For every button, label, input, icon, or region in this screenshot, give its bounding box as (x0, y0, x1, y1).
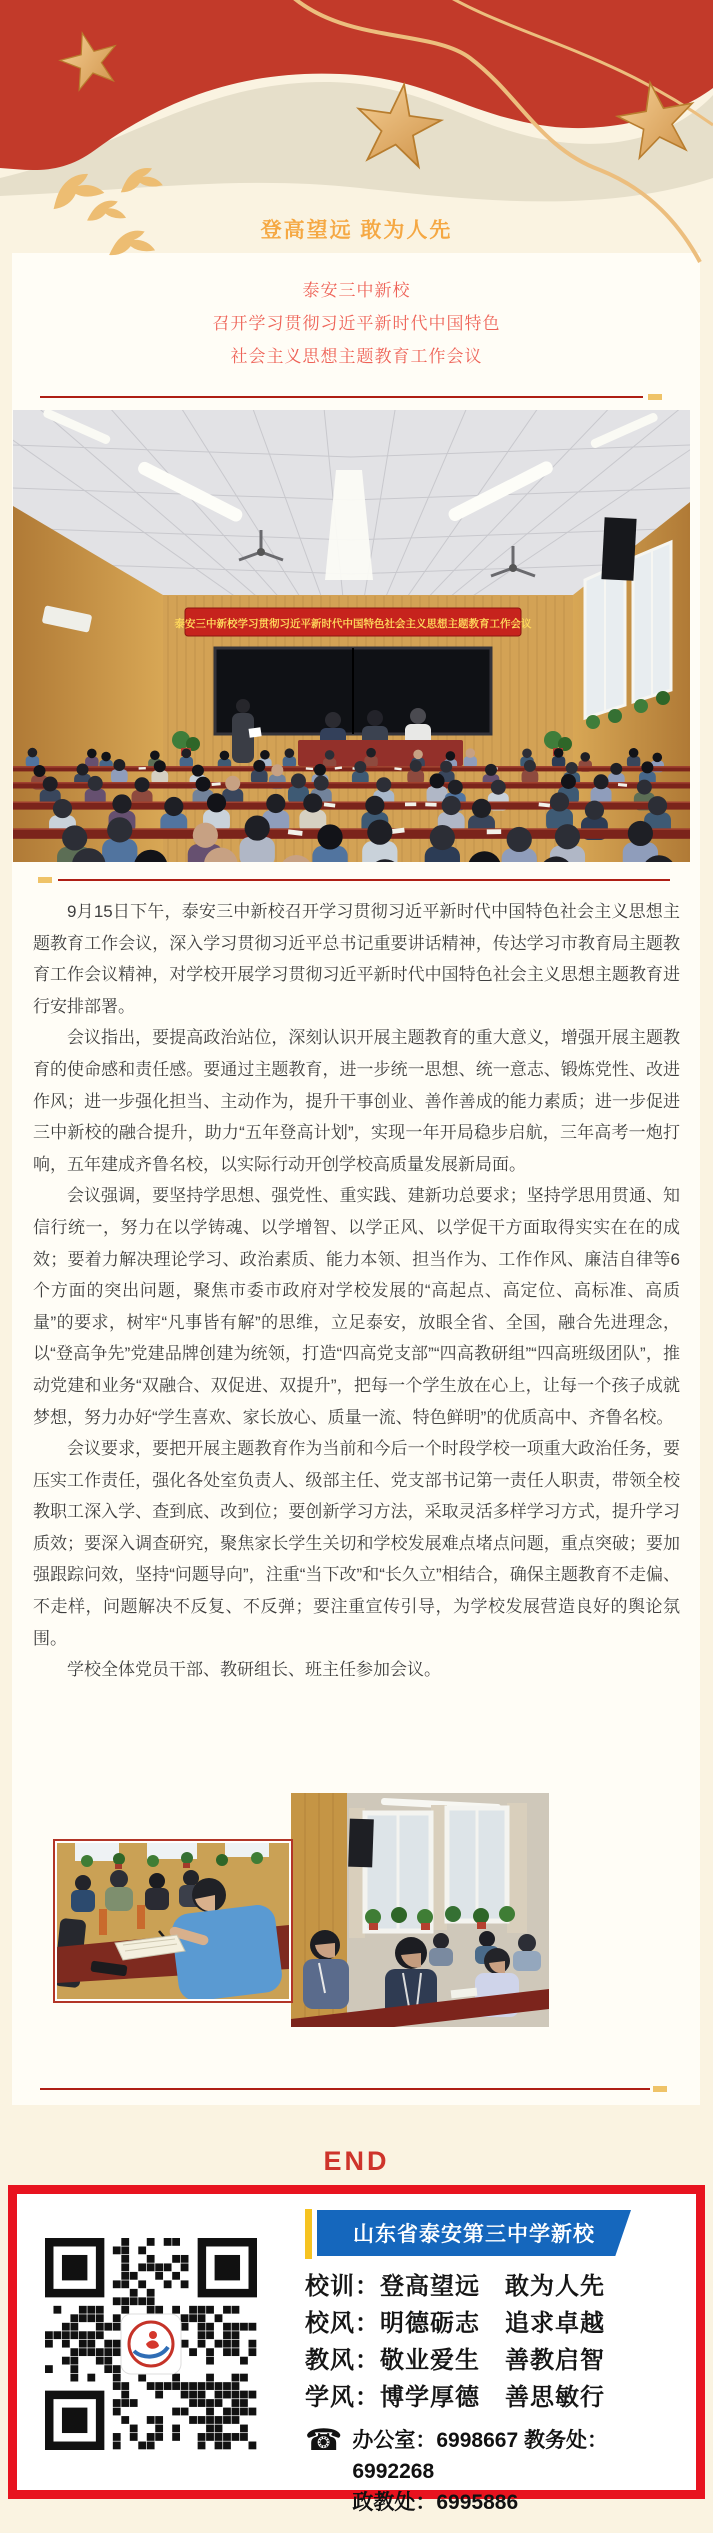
school-motto-line: 校训：登高望远 敢为人先 (305, 2268, 683, 2305)
photo-banner: 泰安三中新校学习贯彻习近平新时代中国特色社会主义思想主题教育工作会议 (175, 608, 532, 636)
speaker-box (601, 517, 636, 581)
photo-banner-text: 泰安三中新校学习贯彻习近平新时代中国特色社会主义思想主题教育工作会议 (175, 617, 532, 630)
meeting-room-illustration: 泰安三中新校学习贯彻习近平新时代中国特色社会主义思想主题教育工作会议 (13, 410, 690, 862)
section-divider (0, 394, 713, 401)
star-icon (352, 79, 446, 169)
classroom-illustration (291, 1793, 549, 2027)
speaker-box (348, 1819, 374, 1868)
section-divider (0, 877, 713, 884)
divider-line (40, 396, 643, 398)
school-motto-line: 教风：敬业爱生 善教启智 (305, 2342, 683, 2379)
article-body: 9月15日下午，泰安三中新校召开学习贯彻习近平新时代中国特色社会主义思想主题教育… (33, 896, 680, 1686)
title-line: 社会主义思想主题教育工作会议 (0, 340, 713, 373)
paragraph: 9月15日下午，泰安三中新校召开学习贯彻习近平新时代中国特色社会主义思想主题教育… (33, 896, 680, 1022)
end-marker: END (0, 2146, 713, 2177)
school-motto-line: 学风：博学厚德 善思敏行 (305, 2379, 683, 2416)
school-name: 山东省泰安第三中学新校 (317, 2210, 631, 2256)
footer-info: 山东省泰安第三中学新校 校训：登高望远 敢为人先 校风：明德砺志 追求卓越 教风… (305, 2210, 683, 2518)
banner-accent-bar (305, 2209, 312, 2259)
paragraph: 会议强调，要坚持学思想、强党性、重实践、建新功总要求；坚持学思用贯通、知信行统一… (33, 1180, 680, 1433)
divider-accent (653, 2086, 667, 2092)
article-page: 登高望远 敢为人先 泰安三中新校 召开学习贯彻习近平新时代中国特色 社会主义思想… (0, 0, 713, 2533)
paragraph: 会议指出，要提高政治站位，深刻认识开展主题教育的重大意义，增强开展主题教育的使命… (33, 1022, 680, 1180)
divider-accent (38, 877, 52, 883)
star-icon (55, 26, 124, 93)
phone-icon: ☎ (305, 2425, 342, 2457)
red-wave (0, 0, 713, 170)
header-motto: 登高望远 敢为人先 (0, 214, 713, 244)
paragraph: 会议要求，要把开展主题教育作为当前和今后一个时段学校一项重大政治任务，要压实工作… (33, 1433, 680, 1654)
divider-accent (648, 394, 662, 400)
tan-wave (0, 82, 713, 201)
writing-illustration (57, 1843, 289, 1999)
title-line: 召开学习贯彻习近平新时代中国特色 (0, 307, 713, 340)
contact-block: ☎ 办公室：6998667 教务处：6992268 政教处：6995886 (305, 2425, 683, 2518)
section-divider (0, 2086, 713, 2093)
meeting-photo-main[interactable]: 泰安三中新校学习贯彻习近平新时代中国特色社会主义思想主题教育工作会议 (13, 410, 690, 862)
phone-numbers: 办公室：6998667 教务处：6992268 政教处：6995886 (352, 2425, 683, 2518)
meeting-photo-left[interactable] (53, 1839, 293, 2003)
phone-line: 办公室：6998667 教务处：6992268 (352, 2429, 608, 2483)
footer-card[interactable]: 山东省泰安第三中学新校 校训：登高望远 敢为人先 校风：明德砺志 追求卓越 教风… (8, 2185, 705, 2499)
star-icon (613, 76, 700, 160)
school-name-banner: 山东省泰安第三中学新校 (305, 2210, 683, 2258)
meeting-photo-right[interactable] (291, 1793, 549, 2027)
ribbon-line (430, 0, 713, 125)
divider-line (40, 2088, 650, 2090)
school-logo (120, 2313, 182, 2375)
projection-screen (215, 648, 491, 734)
paragraph: 学校全体党员干部、教研组长、班主任参加会议。 (33, 1654, 680, 1686)
phone-line: 政教处：6995886 (352, 2491, 518, 2514)
school-motto-line: 校风：明德砺志 追求卓越 (305, 2305, 683, 2342)
article-title: 泰安三中新校 召开学习贯彻习近平新时代中国特色 社会主义思想主题教育工作会议 (0, 274, 713, 373)
title-line: 泰安三中新校 (0, 274, 713, 307)
divider-line (58, 879, 670, 881)
